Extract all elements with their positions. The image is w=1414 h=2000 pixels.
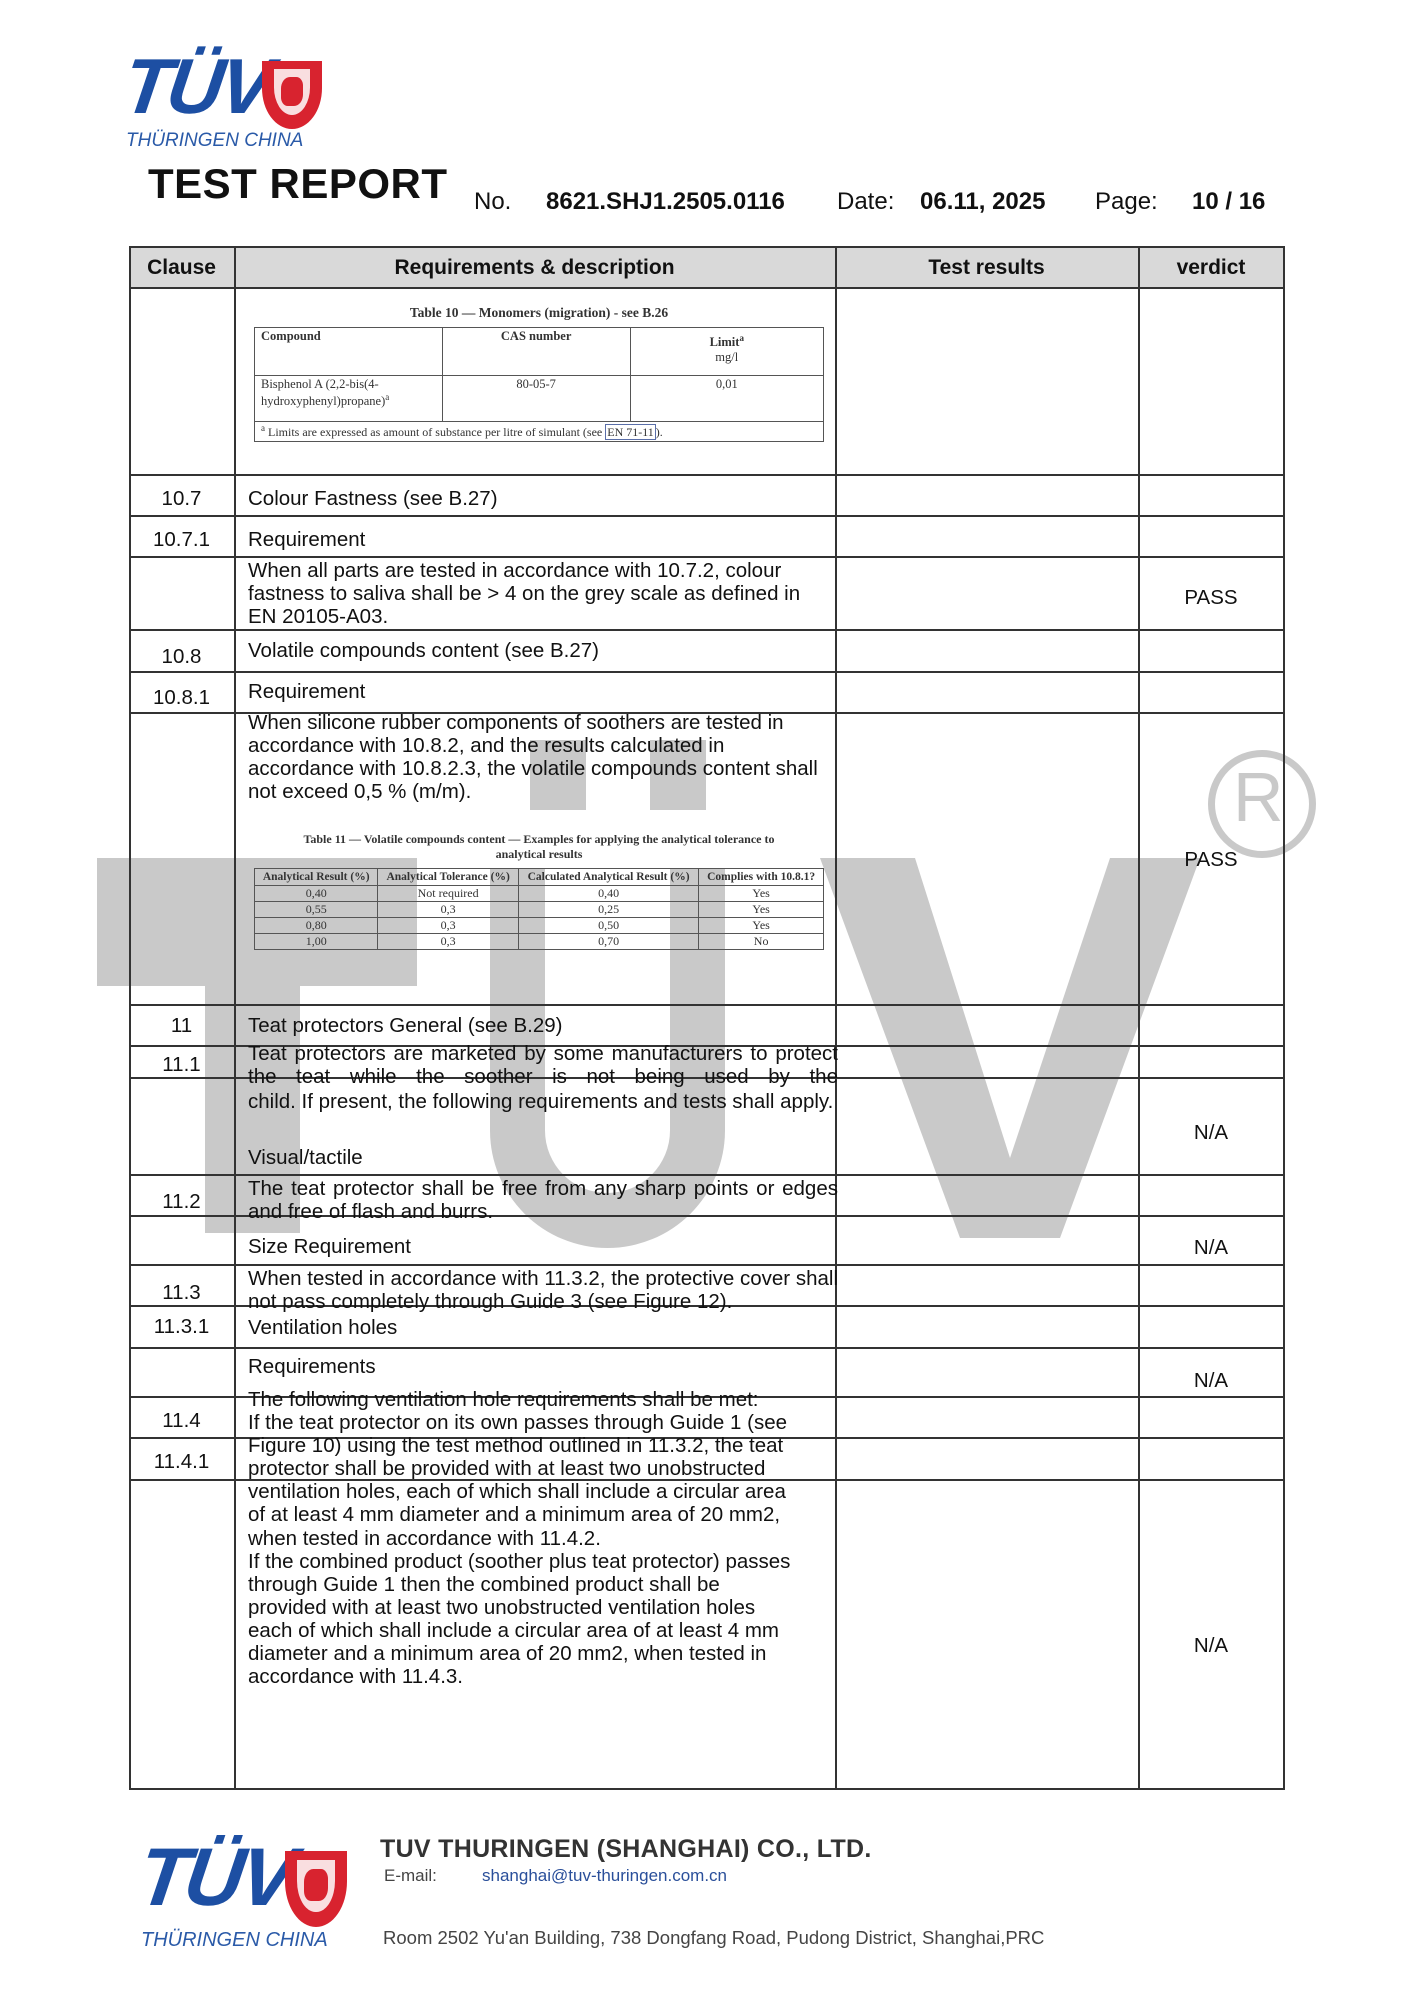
ventilation-text-line: of at least 4 mm diameter and a minimum … — [248, 1503, 834, 1526]
clause-11-4: 11.4 — [129, 1409, 234, 1432]
requirement-size: Size Requirement — [248, 1235, 834, 1258]
ventilation-text-line: accordance with 11.4.3. — [248, 1665, 834, 1688]
verdict-11-2: N/A — [1138, 1236, 1284, 1259]
column-header-test-results: Test results — [835, 256, 1138, 279]
table-11-row: 0,40Not required0,40Yes — [255, 886, 824, 902]
ventilation-text-line: diameter and a minimum area of 20 mm2, w… — [248, 1642, 834, 1665]
requirement-11: Teat protectors General (see B.29) — [248, 1014, 834, 1037]
requirement-10-8-1: Requirement — [248, 680, 834, 703]
footer-logo-subtitle: THÜRINGEN CHINA — [141, 1929, 328, 1952]
requirement-11-1: Teat protectors are marketed by some man… — [248, 1042, 838, 1088]
ventilation-text-line: protector shall be provided with at leas… — [248, 1457, 834, 1480]
footer-address: Room 2502 Yu'an Building, 738 Dongfang R… — [383, 1927, 1044, 1949]
table-11-header-tolerance: Analytical Tolerance (%) — [378, 869, 519, 886]
ventilation-text-line: when tested in accordance with 11.4.2. — [248, 1527, 834, 1550]
embedded-table-11: Table 11 — Volatile compounds content — … — [254, 832, 824, 950]
requirement-11-3: When tested in accordance with 11.3.2, t… — [248, 1267, 838, 1313]
table-10-compound: Bisphenol A (2,2-bis(4-hydroxyphenyl)pro… — [255, 376, 443, 422]
requirement-10-7-1-text: When all parts are tested in accordance … — [248, 559, 828, 628]
page-value: 10 / 16 — [1192, 188, 1265, 215]
requirement-requirements: Requirements — [248, 1355, 834, 1378]
table-10-limit: 0,01 — [630, 376, 823, 422]
clause-11-1: 11.1 — [129, 1053, 234, 1076]
requirement-11-2: The teat protector shall be free from an… — [248, 1177, 838, 1223]
verdict-11-3-1: N/A — [1138, 1369, 1284, 1392]
requirement-10-7: Colour Fastness (see B.27) — [248, 487, 834, 510]
column-header-requirements: Requirements & description — [234, 256, 835, 279]
table-11-row: 0,550,30,25Yes — [255, 902, 824, 918]
table-11-row: 1,000,30,70No — [255, 934, 824, 950]
page: 10 / 16 — [1192, 188, 1265, 216]
ventilation-text-line: through Guide 1 then the combined produc… — [248, 1573, 834, 1596]
watermark-v — [820, 858, 1200, 1238]
clause-11-4-1: 11.4.1 — [129, 1450, 234, 1473]
footer-thuringia-lion-shield-icon — [285, 1851, 347, 1927]
verdict-10-8-1: PASS — [1138, 848, 1284, 871]
ventilation-text-line: If the teat protector on its own passes … — [248, 1411, 834, 1434]
table-10-caption: Table 10 — Monomers (migration) - see B.… — [254, 305, 824, 321]
column-header-verdict: verdict — [1138, 256, 1284, 279]
date-label: Date: — [837, 188, 894, 216]
ventilation-text-line: provided with at least two unobstructed … — [248, 1596, 834, 1619]
requirement-visual-tactile: Visual/tactile — [248, 1146, 834, 1169]
clause-10-7: 10.7 — [129, 487, 234, 510]
requirement-11-1-continued: child. If present, the following require… — [248, 1090, 838, 1113]
clause-11-3-1: 11.3.1 — [129, 1315, 234, 1338]
report-title: TEST REPORT — [148, 160, 448, 208]
report-number: 8621.SHJ1.2505.0116 — [546, 188, 785, 216]
embedded-table-10: Table 10 — Monomers (migration) - see B.… — [254, 305, 824, 442]
table-11-header-complies: Complies with 10.8.1? — [699, 869, 824, 886]
table-11-row: 0,800,30,50Yes — [255, 918, 824, 934]
requirement-ventilation-text: The following ventilation hole requireme… — [248, 1388, 834, 1688]
ventilation-text-line: Figure 10) using the test method outline… — [248, 1434, 834, 1457]
table-10-header-compound: Compound — [255, 328, 443, 376]
requirement-11-3-1: Ventilation holes — [248, 1316, 834, 1339]
footer-email-label: E-mail: — [384, 1866, 437, 1886]
requirement-10-8-1-text: When silicone rubber components of sooth… — [248, 711, 828, 803]
ventilation-text-line: The following ventilation hole requireme… — [248, 1388, 834, 1411]
footer-email-link[interactable]: shanghai@tuv-thuringen.com.cn — [482, 1866, 727, 1886]
requirement-10-8: Volatile compounds content (see B.27) — [248, 639, 834, 662]
tuv-logo: TÜV THÜRINGEN CHINA — [122, 55, 332, 155]
clause-11: 11 — [129, 1014, 234, 1037]
table-11-header-analytical-result: Analytical Result (%) — [255, 869, 378, 886]
column-header-clause: Clause — [129, 256, 234, 279]
verdict-11-4-1: N/A — [1138, 1634, 1284, 1657]
table-10-header-cas: CAS number — [442, 328, 630, 376]
requirement-10-7-1: Requirement — [248, 528, 834, 551]
ventilation-text-line: If the combined product (soother plus te… — [248, 1550, 834, 1573]
table-10-cas: 80-05-7 — [442, 376, 630, 422]
date: 06.11, 2025 — [920, 188, 1045, 216]
ventilation-text-line: each of which shall include a circular a… — [248, 1619, 834, 1642]
page-label: Page: — [1095, 188, 1158, 216]
table-11-header-calculated: Calculated Analytical Result (%) — [518, 869, 698, 886]
clause-11-3: 11.3 — [129, 1281, 234, 1304]
report-number-value: 8621.SHJ1.2505.0116 — [546, 188, 785, 215]
table-10-header-limit: Limita mg/l — [630, 328, 823, 376]
footer-logo-brand-text: TÜV — [132, 1831, 297, 1925]
table-10-footnote: a Limits are expressed as amount of subs… — [255, 422, 824, 442]
thuringia-lion-shield-icon — [262, 61, 322, 129]
verdict-11-1: N/A — [1138, 1121, 1284, 1144]
footer-tuv-logo: TÜV THÜRINGEN CHINA — [137, 1845, 367, 1955]
logo-brand-text: TÜV — [118, 41, 275, 132]
footer-company-name: TUV THURINGEN (SHANGHAI) CO., LTD. — [380, 1835, 872, 1864]
clause-10-7-1: 10.7.1 — [129, 528, 234, 551]
clause-10-8: 10.8 — [129, 645, 234, 668]
en-71-11-reference-link[interactable]: EN 71-11 — [605, 424, 656, 440]
table-11-caption: Table 11 — Volatile compounds content — … — [254, 832, 824, 862]
clause-11-2: 11.2 — [129, 1190, 234, 1213]
clause-10-8-1: 10.8.1 — [129, 686, 234, 709]
ventilation-text-line: ventilation holes, each of which shall i… — [248, 1480, 834, 1503]
report-number-label: No. — [474, 188, 511, 216]
date-value: 06.11, 2025 — [920, 188, 1045, 215]
verdict-10-7-1: PASS — [1138, 586, 1284, 609]
watermark-registered-letter: R — [1233, 757, 1284, 837]
logo-subtitle: THÜRINGEN CHINA — [126, 130, 303, 152]
